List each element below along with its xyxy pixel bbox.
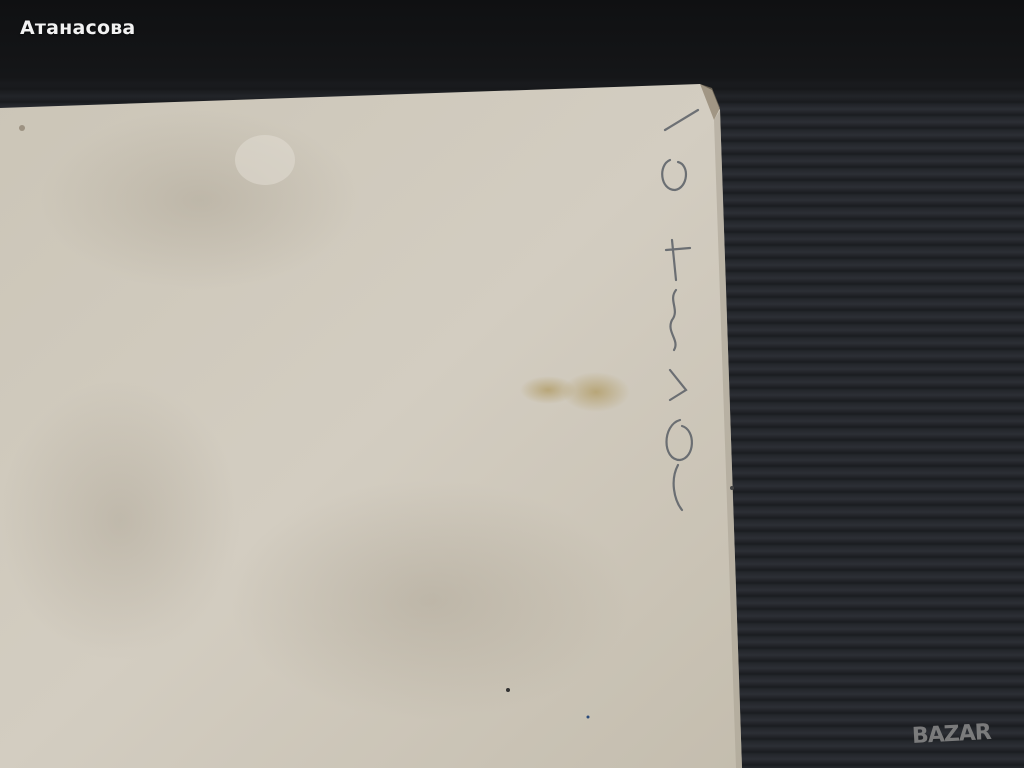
paper-sheet (0, 0, 1024, 768)
bazar-logo: BAZAR (911, 720, 991, 749)
seller-name-watermark: Атанасова (20, 17, 135, 39)
pencil-handwriting (640, 100, 720, 520)
